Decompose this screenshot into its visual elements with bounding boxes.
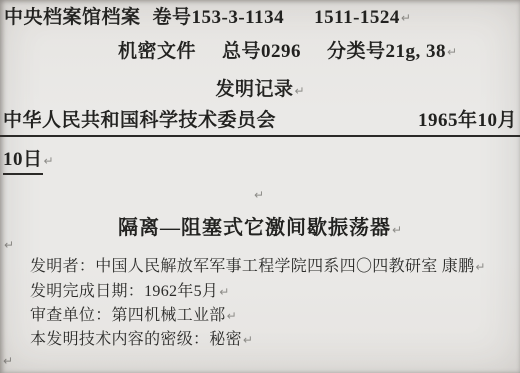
secrecy-level-line: 本发明技术内容的密级：秘密↵ [30,329,253,351]
issue-date-month: 1965年10月 [418,109,517,133]
paragraph-mark: ↵ [293,84,304,98]
paragraph-mark: ↵ [242,333,253,347]
paragraph-mark: ↵ [474,260,485,274]
review-unit-line: 审查单位：第四机械工业部↵ [30,305,237,327]
issue-date-day: 10日 [3,148,43,175]
record-type-text: 发明记录 [215,79,293,100]
category-number: 分类号21g, 38 [327,40,446,64]
completion-date-line: 发明完成日期：1962年5月↵ [30,281,229,303]
paragraph-mark: ↵ [391,223,402,237]
issuer-organization: 中华人民共和国科学技术委员会 [3,109,276,133]
completion-date-text: 发明完成日期：1962年5月 [30,283,218,300]
inventor-line: 发明者：中国人民解放军军事工程学院四系四〇四教研室 康鹏↵ [30,256,485,278]
secrecy-level-text: 本发明技术内容的密级：秘密 [30,331,242,348]
issuer-line: 中华人民共和国科学技术委员会 1965年10月 [0,109,520,137]
paragraph-mark: ↵ [226,309,237,323]
paragraph-mark: ↵ [2,354,13,368]
paragraph-mark: ↵ [43,154,54,168]
paragraph-mark: ↵ [400,6,411,30]
empty-paragraph: ↵ [3,236,14,254]
paragraph-mark: ↵ [218,285,229,299]
paragraph-mark: ↵ [253,188,264,202]
paragraph-mark: ↵ [446,40,457,64]
issue-date-day-line: 10日↵ [3,148,54,175]
invention-title-text: 隔离—阻塞式它激间歇振荡器 [118,217,391,239]
archive-label: 中央档案馆档案 [4,6,141,30]
paragraph-mark: ↵ [3,238,14,252]
record-type-heading: 发明记录↵ [0,78,520,103]
inventor-text: 发明者：中国人民解放军军事工程学院四系四〇四教研室 康鹏 [30,258,474,275]
empty-paragraph: ↵ [2,352,13,370]
empty-paragraph: ↵ [253,186,264,204]
page-range: 1511-1524 [314,6,400,30]
review-unit-text: 审查单位：第四机械工业部 [30,307,226,324]
scanned-archive-document: 中央档案馆档案 卷号153-3-1134 1511-1524 ↵ 机密文件 总号… [0,0,520,373]
classification-line: 机密文件 总号0296 分类号21g, 38 ↵ [118,40,457,64]
invention-title: 隔离—阻塞式它激间歇振荡器↵ [0,211,520,240]
archive-header-line: 中央档案馆档案 卷号153-3-1134 1511-1524 ↵ [4,6,411,30]
volume-number: 卷号153-3-1134 [153,6,285,30]
serial-number: 总号0296 [222,40,301,64]
classification-label: 机密文件 [118,40,196,64]
